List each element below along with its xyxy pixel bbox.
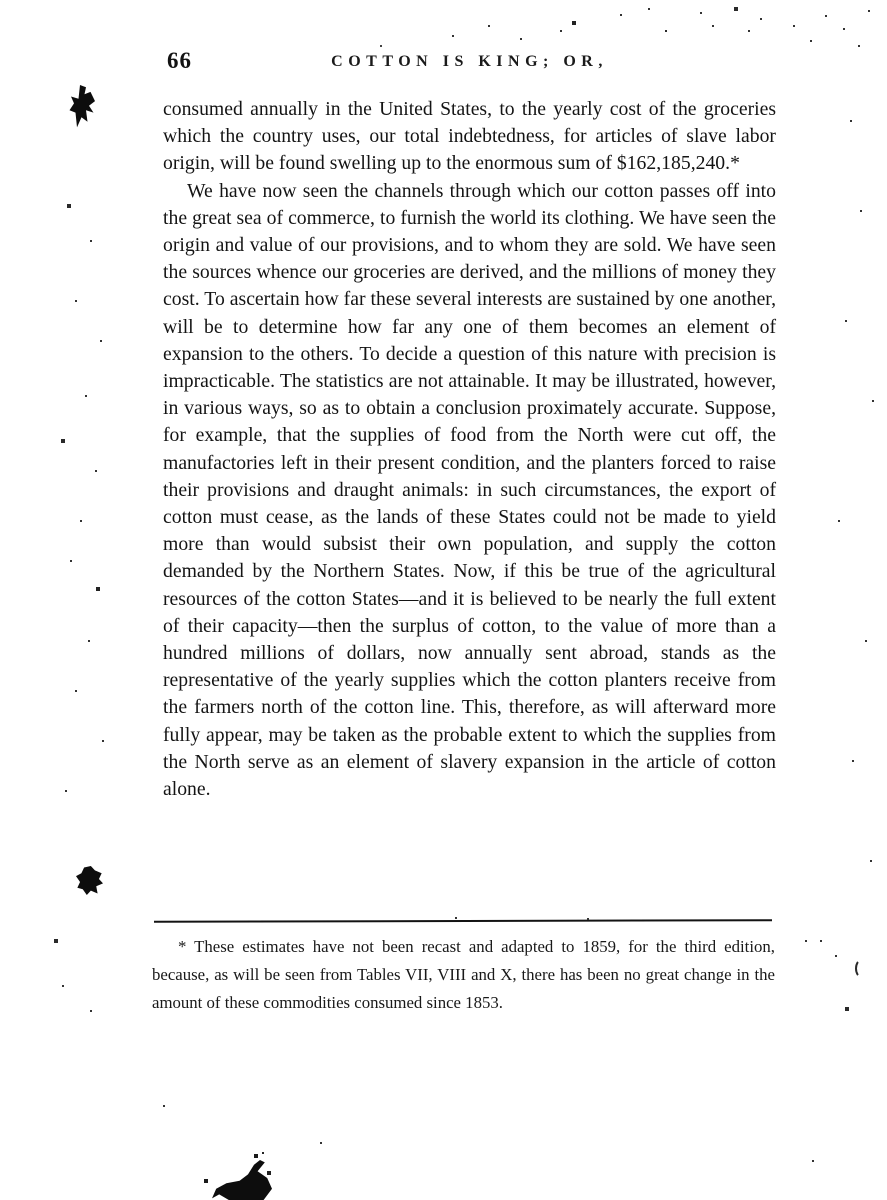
ink-blot-left-margin: [76, 866, 103, 895]
scan-mark-right-margin: [855, 959, 868, 978]
ink-smudge-bottom: [212, 1160, 272, 1200]
scan-noise-speckles: [0, 0, 2, 2]
footnote-text: * These estimates have not been recast a…: [152, 933, 775, 1016]
paragraph-main: We have now seen the channels through wh…: [163, 178, 776, 804]
body-text: consumed annually in the United States, …: [163, 96, 776, 803]
paragraph-continuation: consumed annually in the United States, …: [163, 96, 776, 178]
scanned-book-page: 66 COTTON IS KING; OR, consumed annually…: [0, 0, 887, 1200]
ink-blot-top-left: [68, 85, 98, 131]
running-title: COTTON IS KING; OR,: [163, 53, 776, 71]
footnote-divider-rule: [154, 919, 772, 923]
